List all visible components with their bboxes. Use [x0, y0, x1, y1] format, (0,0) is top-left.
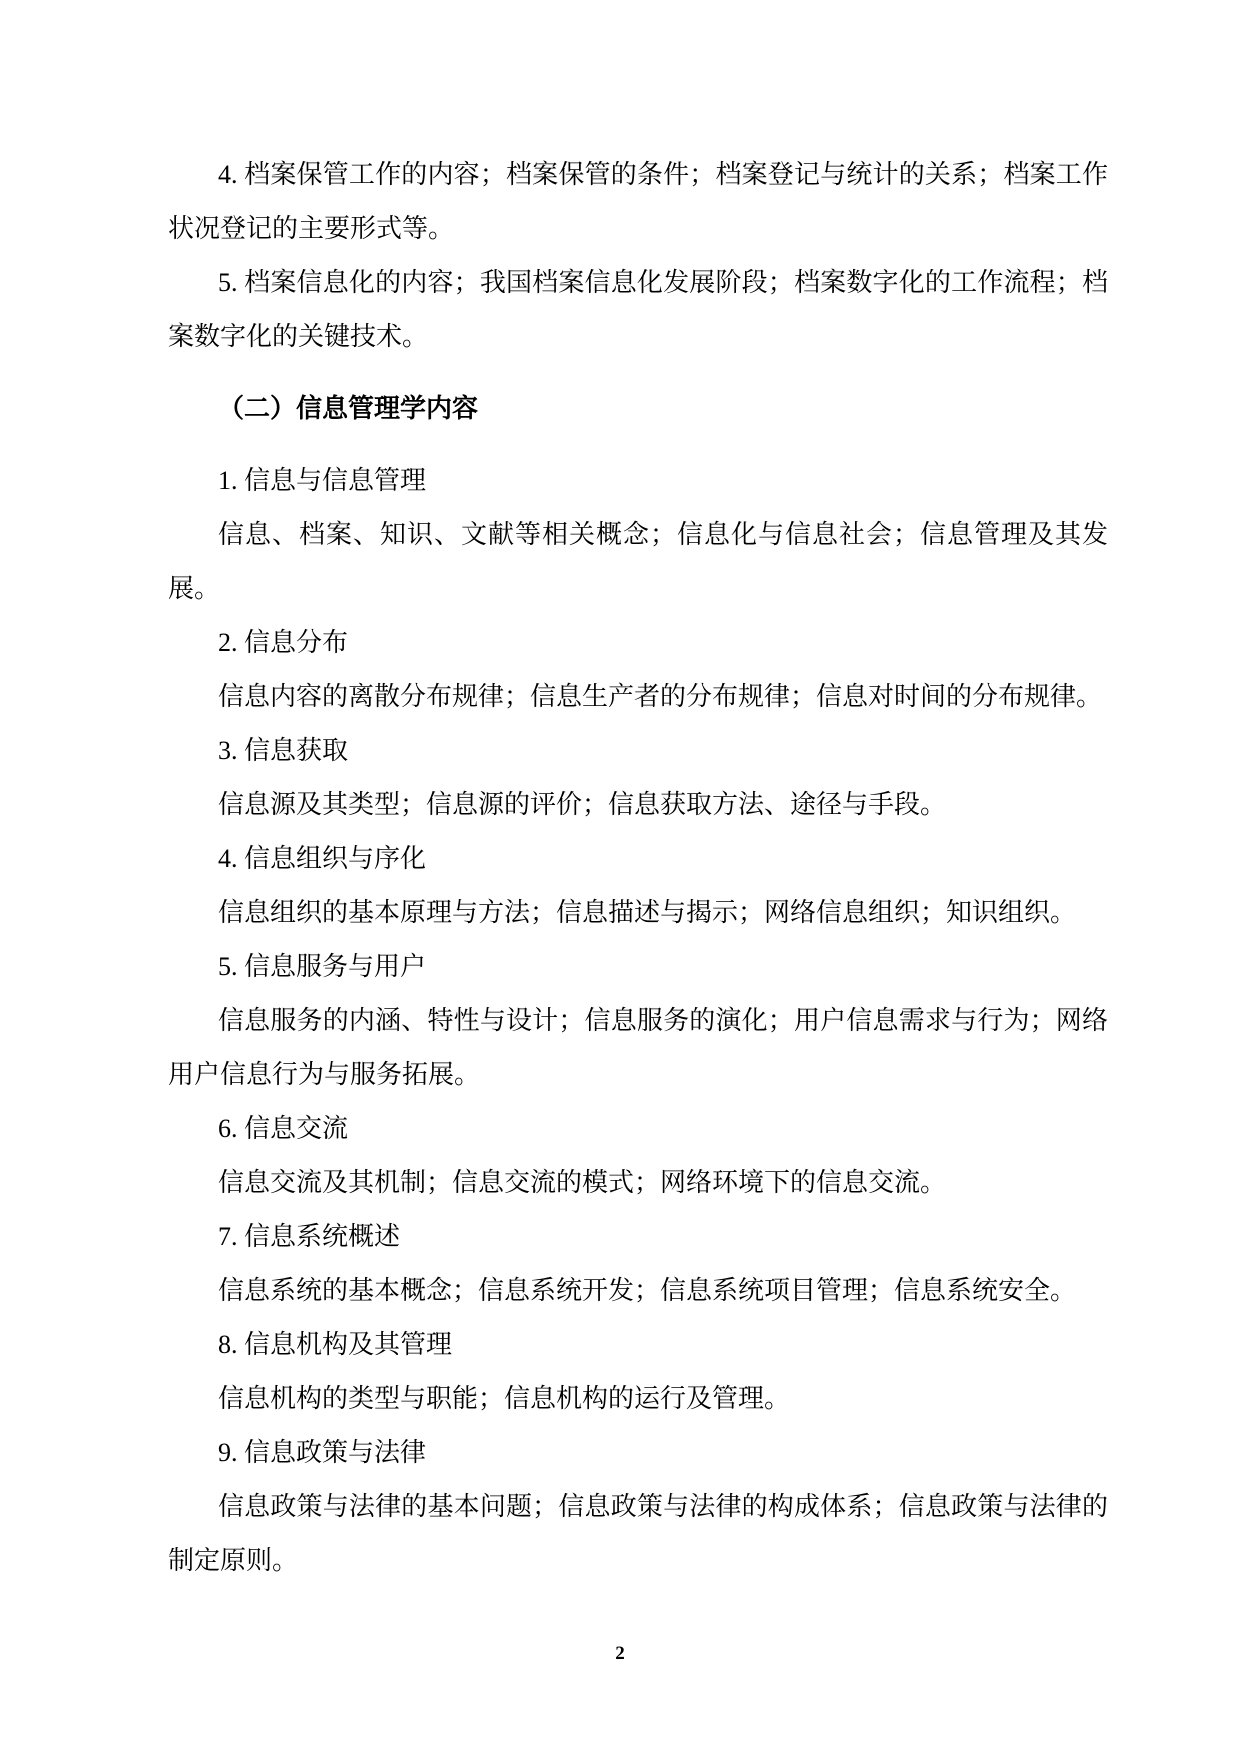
page-number: 2	[0, 1642, 1240, 1666]
paragraph: 信息交流及其机制；信息交流的模式；网络环境下的信息交流。	[168, 1156, 1108, 1210]
paragraph: 信息源及其类型；信息源的评价；信息获取方法、途径与手段。	[168, 778, 1108, 832]
paragraph: 4. 档案保管工作的内容；档案保管的条件；档案登记与统计的关系；档案工作状况登记…	[168, 148, 1108, 256]
paragraph: 3. 信息获取	[168, 724, 1108, 778]
paragraph: 8. 信息机构及其管理	[168, 1318, 1108, 1372]
paragraph: 信息机构的类型与职能；信息机构的运行及管理。	[168, 1372, 1108, 1426]
paragraph: 信息政策与法律的基本问题；信息政策与法律的构成体系；信息政策与法律的制定原则。	[168, 1480, 1108, 1588]
paragraph: 7. 信息系统概述	[168, 1210, 1108, 1264]
paragraph: 5. 档案信息化的内容；我国档案信息化发展阶段；档案数字化的工作流程；档案数字化…	[168, 256, 1108, 364]
paragraph: 信息、档案、知识、文献等相关概念；信息化与信息社会；信息管理及其发展。	[168, 508, 1108, 616]
paragraph: 信息组织的基本原理与方法；信息描述与揭示；网络信息组织；知识组织。	[168, 886, 1108, 940]
paragraph: 信息系统的基本概念；信息系统开发；信息系统项目管理；信息系统安全。	[168, 1264, 1108, 1318]
paragraph: 4. 信息组织与序化	[168, 832, 1108, 886]
paragraph: 2. 信息分布	[168, 616, 1108, 670]
paragraph: 5. 信息服务与用户	[168, 940, 1108, 994]
paragraph: 6. 信息交流	[168, 1102, 1108, 1156]
paragraph: 信息服务的内涵、特性与设计；信息服务的演化；用户信息需求与行为；网络用户信息行为…	[168, 994, 1108, 1102]
paragraph: 9. 信息政策与法律	[168, 1426, 1108, 1480]
section-heading: （二）信息管理学内容	[168, 382, 1108, 436]
paragraph: 1. 信息与信息管理	[168, 454, 1108, 508]
paragraph: 信息内容的离散分布规律；信息生产者的分布规律；信息对时间的分布规律。	[168, 670, 1108, 724]
document-page: 4. 档案保管工作的内容；档案保管的条件；档案登记与统计的关系；档案工作状况登记…	[0, 0, 1240, 1754]
document-body: 4. 档案保管工作的内容；档案保管的条件；档案登记与统计的关系；档案工作状况登记…	[168, 148, 1108, 1588]
